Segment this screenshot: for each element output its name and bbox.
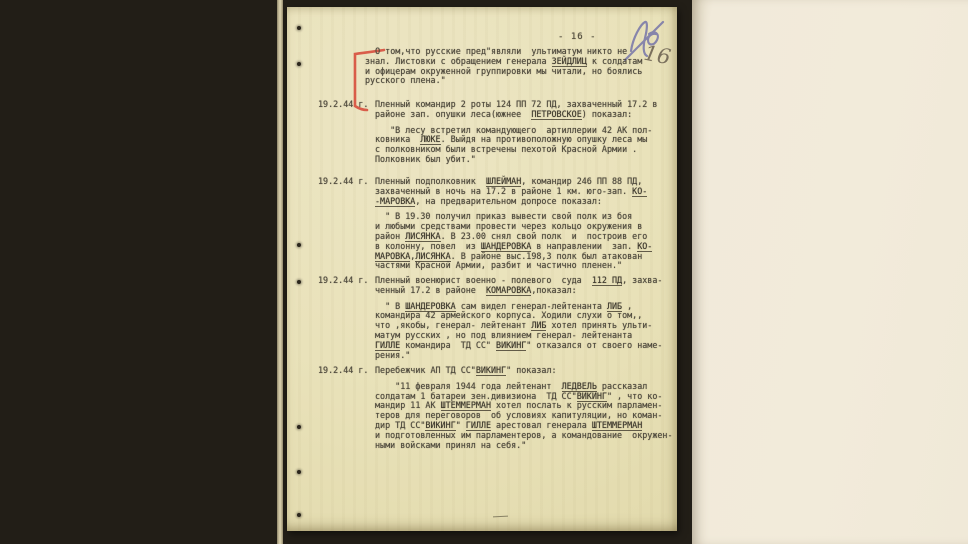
typed-line: ными войсками принял на себя." bbox=[375, 441, 670, 451]
report-entry: 19.2.44 г.Пленный командир 2 роты 124 ПП… bbox=[318, 100, 670, 165]
entry-quote: " В ШАНДЕРОВКА сам видел генерал-лейтена… bbox=[375, 302, 670, 361]
typed-line: Полковник был убит." bbox=[375, 155, 670, 165]
stray-mark bbox=[493, 516, 508, 518]
page-edge-strip bbox=[277, 0, 283, 544]
underlined-name: -МАРОВКА bbox=[375, 196, 415, 207]
typed-line: русского плена." bbox=[365, 76, 642, 86]
underlined-name: ПЕТРОВСКОЕ bbox=[531, 109, 581, 120]
typed-line: -МАРОВКА, на предварительном допросе пок… bbox=[375, 197, 670, 207]
entry-date: 19.2.44 г. bbox=[318, 276, 368, 286]
entry-quote: " В 19.30 получил приказ вывести свой по… bbox=[375, 212, 670, 271]
hole-punch bbox=[297, 243, 301, 247]
report-entry: 19.2.44 г.Перебежчик АП ТД СС"ВИКИНГ" по… bbox=[318, 366, 670, 450]
hole-punch bbox=[297, 425, 301, 429]
entry-date: 19.2.44 г. bbox=[318, 366, 368, 376]
entry-body: Пленный военюрист военно - полевого суда… bbox=[375, 276, 670, 360]
underlined-name: 112 ПД bbox=[592, 275, 622, 286]
report-entry: 19.2.44 г.Пленный подполковник ШЛЕЙМАН, … bbox=[318, 177, 670, 271]
paragraph-lines: О том,что русские пред"являли ультиматум… bbox=[365, 47, 642, 86]
underlined-name: ВИКИНГ bbox=[496, 340, 526, 351]
hole-punch bbox=[297, 62, 301, 66]
entry-date: 19.2.44 г. bbox=[318, 177, 368, 187]
entry-quote: "В лесу встретил командующего артиллерии… bbox=[375, 126, 670, 165]
facing-page bbox=[692, 0, 968, 544]
hole-punch bbox=[297, 513, 301, 517]
underlined-name: ВИКИНГ bbox=[476, 365, 506, 376]
underlined-name: КО- bbox=[632, 186, 647, 197]
document-page: - 16 - 16 О том,что русские пред"являли … bbox=[287, 7, 677, 531]
entry-heading: Пленный командир 2 роты 124 ПП 72 ПД, за… bbox=[375, 100, 670, 120]
typed-line: ГИЛЛЕ командира ТД СС" ВИКИНГ" отказался… bbox=[375, 341, 670, 351]
typed-line: районе зап. опушки леса(южнее ПЕТРОВСКОЕ… bbox=[375, 110, 670, 120]
typed-line: ченный 17.2 в районе КОМАРОВКА,показал: bbox=[375, 286, 670, 296]
entry-heading: Перебежчик АП ТД СС"ВИКИНГ" показал: bbox=[375, 366, 670, 376]
report-entry: 19.2.44 г.Пленный военюрист военно - пол… bbox=[318, 276, 670, 360]
typed-line: частями Красной Армии, разбит и частично… bbox=[375, 261, 670, 271]
entry-heading: Пленный военюрист военно - полевого суда… bbox=[375, 276, 670, 296]
entry-date: 19.2.44 г. bbox=[318, 100, 368, 110]
entry-quote: "11 февраля 1944 года лейтенант ЛЕДВЕЛЬ … bbox=[375, 382, 670, 451]
hole-punch bbox=[297, 26, 301, 30]
continuation-paragraph: О том,что русские пред"являли ультиматум… bbox=[365, 47, 642, 86]
typed-page-number: - 16 - bbox=[558, 33, 597, 43]
hole-punch bbox=[297, 470, 301, 474]
entry-body: Пленный подполковник ШЛЕЙМАН, командир 2… bbox=[375, 177, 670, 271]
entry-body: Пленный командир 2 роты 124 ПП 72 ПД, за… bbox=[375, 100, 670, 165]
typed-line: Перебежчик АП ТД СС"ВИКИНГ" показал: bbox=[375, 366, 670, 376]
underlined-name: КОМАРОВКА bbox=[486, 285, 531, 296]
handwritten-page-number: 16 bbox=[642, 41, 673, 70]
typed-line: рения." bbox=[375, 351, 670, 361]
entry-body: Перебежчик АП ТД СС"ВИКИНГ" показал: "11… bbox=[375, 366, 670, 450]
hole-punch bbox=[297, 280, 301, 284]
entry-heading: Пленный подполковник ШЛЕЙМАН, командир 2… bbox=[375, 177, 670, 206]
